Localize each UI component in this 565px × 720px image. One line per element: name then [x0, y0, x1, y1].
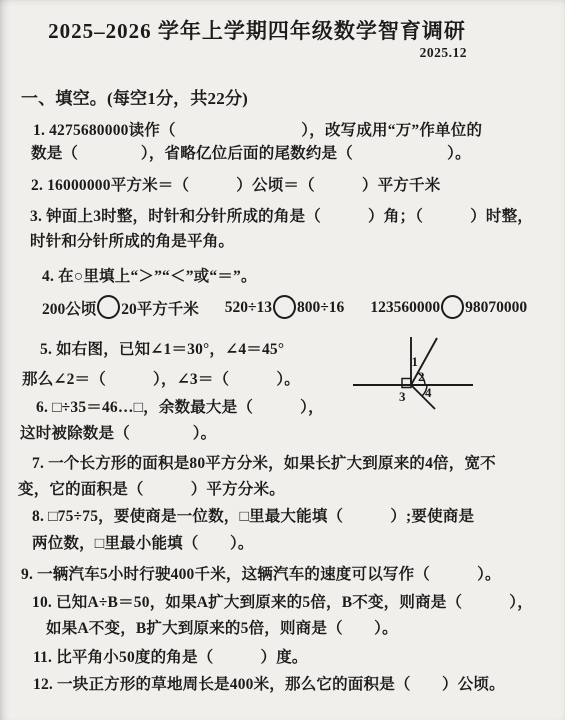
question-7-line-2: 变，它的面积是（ ）平方分米。 [18, 477, 285, 499]
comparison-right-value: 20平方千米 [121, 297, 199, 319]
comparison-circle-icon [273, 295, 296, 319]
question-7-line-1: 7. 一个长方形的面积是80平方分米，如果长扩大到原来的4倍，宽不 [32, 451, 496, 473]
comparison-item: 520÷13 800÷16 [225, 295, 345, 321]
question-6-line-1: 6. □÷35＝46…□，余数最大是（ ）， [36, 395, 324, 417]
comparison-item: 123560000 98070000 [370, 295, 527, 321]
question-1-line-1: 1. 4275680000读作（ ），改写成用“万”作单位的 [33, 118, 482, 140]
comparison-circle-icon [97, 295, 120, 319]
exam-date: 2025.12 [0, 45, 467, 61]
exam-title: 2025–2026 学年上学期四年级数学智育调研 [0, 15, 514, 45]
comparison-left-value: 200公顷 [42, 297, 96, 319]
exam-paper: 2025–2026 学年上学期四年级数学智育调研 2025.12 一、填空。(每… [0, 0, 565, 720]
question-8-line-2: 两位数，□里最小能填（ ）。 [32, 531, 254, 553]
question-5-line-1: 5. 如右图，已知∠1＝30°，∠4＝45° [40, 337, 284, 359]
question-4-line-1: 4. 在○里填上“＞”“＜”或“＝”。 [42, 264, 257, 286]
comparison-circle-icon [441, 295, 464, 319]
comparison-left-value: 123560000 [370, 299, 440, 317]
section-heading: 一、填空。(每空1分，共22分) [21, 84, 248, 109]
angle-label-4: 4 [425, 385, 432, 400]
comparison-left-value: 520÷13 [225, 299, 272, 317]
angle-label-3: 3 [399, 389, 406, 404]
question-2-line-1: 2. 16000000平方米＝（ ）公顷＝（ ）平方千米 [31, 173, 440, 195]
question-6-line-2: 这时被除数是（ ）。 [20, 421, 216, 443]
question-12-line-1: 12. 一块正方形的草地周长是400米，那么它的面积是（ ）公顷。 [33, 672, 505, 694]
question-5-line-2: 那么∠2＝（ ），∠3＝（ ）。 [22, 367, 300, 389]
question-8-line-1: 8. □75÷75，要使商是一位数，□里最大能填（ ）;要使商是 [32, 504, 474, 526]
question-10-line-2: 如果A不变，B扩大到原来的5倍，则商是（ ）。 [46, 616, 398, 638]
comparison-right-value: 800÷16 [297, 299, 344, 317]
question-1-line-2: 数是（ ），省略亿位后面的尾数约是（ ）。 [31, 141, 471, 163]
angle-label-1: 1 [412, 354, 419, 369]
question-10-line-1: 10. 已知A÷B＝50，如果A扩大到原来的5倍，B不变，则商是（ ）， [32, 590, 533, 612]
right-angle-mark [402, 379, 411, 388]
comparison-item: 200公顷 20平方千米 [42, 295, 199, 321]
question-9-line-1: 9. 一辆汽车5小时行驶400千米，这辆汽车的速度可以写作（ ）。 [21, 562, 501, 584]
angle-label-2: 2 [418, 369, 425, 384]
comparison-row: 200公顷 20平方千米 520÷13 800÷16 123560000 980… [42, 295, 527, 321]
angle-diagram: 1 2 3 4 [350, 326, 480, 414]
comparison-right-value: 98070000 [465, 299, 527, 317]
question-3-line-1: 3. 钟面上3时整，时针和分针所成的角是（ ）角；（ ）时整， [30, 204, 533, 226]
question-3-line-2: 时针和分针所成的角是平角。 [30, 229, 234, 251]
question-11-line-1: 11. 比平角小50度的角是（ ）度。 [33, 645, 308, 667]
